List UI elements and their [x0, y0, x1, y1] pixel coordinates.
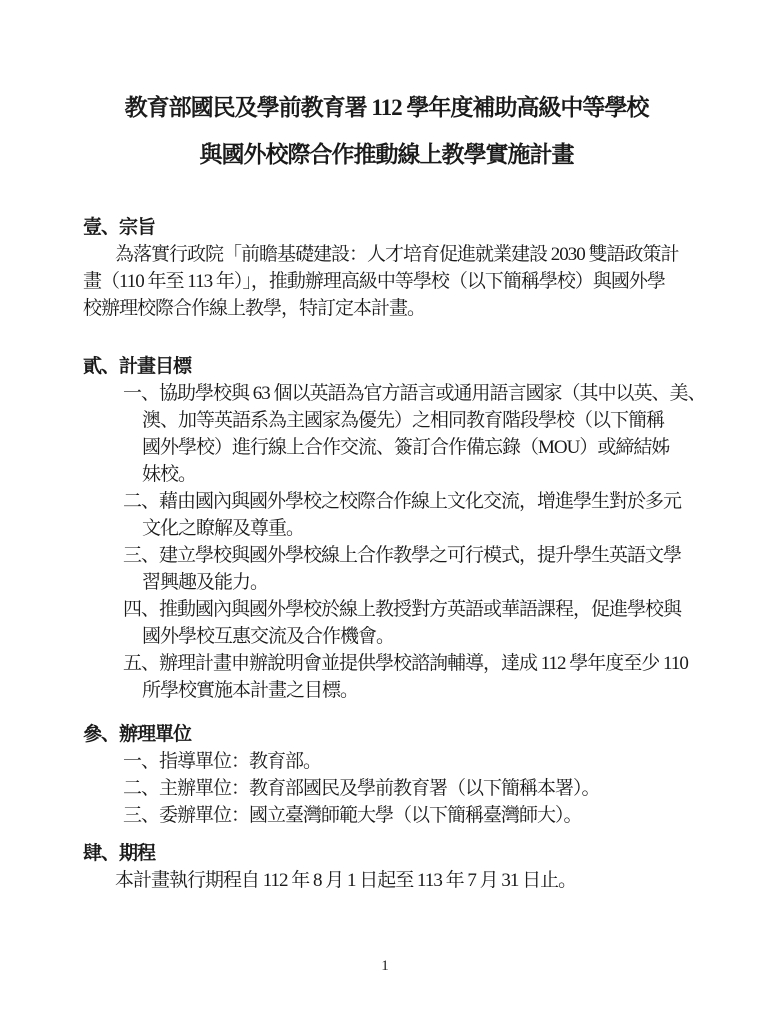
list-item-line: 一、指導單位：教育部。: [123, 748, 690, 775]
list-item-line: 澳、加等英語系為主國家為優先）之相同教育階段學校（以下簡稱: [142, 407, 690, 434]
paragraph-line: 本計畫執行期程自 112 年 8 月 1 日起至 113 年 7 月 31 日止…: [115, 867, 690, 894]
paragraph-line: 校辦理校際合作線上教學，特訂定本計畫。: [83, 295, 690, 322]
paragraph-line: 畫（110 年至 113 年）」，推動辦理高級中等學校（以下簡稱學校）與國外學: [83, 268, 690, 295]
unit-item-3: 三、委辦單位：國立臺灣師範大學（以下簡稱臺灣師大）。: [83, 802, 690, 829]
section-goals: 貳、計畫目標 一、協助學校與 63 個以英語為官方語言或通用語言國家（其中以英、…: [83, 353, 690, 704]
goal-item-1: 一、協助學校與 63 個以英語為官方語言或通用語言國家（其中以英、美、 澳、加等…: [83, 380, 690, 488]
list-item-line: 三、建立學校與國外學校線上合作教學之可行模式，提升學生英語文學: [123, 542, 690, 569]
section-organizing-units-heading: 參、辦理單位: [83, 721, 690, 748]
paragraph-line: 為落實行政院「前瞻基礎建設：人才培育促進就業建設 2030 雙語政策計: [115, 241, 690, 268]
goal-item-4: 四、推動國內與國外學校於線上教授對方英語或華語課程，促進學校與 國外學校互惠交流…: [83, 596, 690, 650]
list-item-line: 文化之瞭解及尊重。: [142, 515, 690, 542]
list-item-line: 一、協助學校與 63 個以英語為官方語言或通用語言國家（其中以英、美、: [123, 380, 690, 407]
section-timeline-paragraph: 本計畫執行期程自 112 年 8 月 1 日起至 113 年 7 月 31 日止…: [83, 867, 690, 894]
section-goals-heading: 貳、計畫目標: [83, 353, 690, 380]
section-purpose: 壹、宗旨 為落實行政院「前瞻基礎建設：人才培育促進就業建設 2030 雙語政策計…: [83, 214, 690, 322]
list-item-line: 妹校。: [142, 461, 690, 488]
goal-item-5: 五、辦理計畫申辦說明會並提供學校諮詢輔導，達成 112 學年度至少 110 所學…: [83, 650, 690, 704]
section-timeline-heading: 肆、期程: [83, 840, 690, 867]
unit-item-1: 一、指導單位：教育部。: [83, 748, 690, 775]
document-title: 教育部國民及學前教育署 112 學年度補助高級中等學校 與國外校際合作推動線上教…: [83, 84, 690, 178]
document-title-line-2: 與國外校際合作推動線上教學實施計畫: [83, 131, 690, 178]
page-number: 1: [0, 958, 770, 975]
list-item-line: 二、主辦單位：教育部國民及學前教育署（以下簡稱本署）。: [123, 775, 690, 802]
section-purpose-paragraph: 為落實行政院「前瞻基礎建設：人才培育促進就業建設 2030 雙語政策計 畫（11…: [83, 241, 690, 322]
list-item-line: 三、委辦單位：國立臺灣師範大學（以下簡稱臺灣師大）。: [123, 802, 690, 829]
document-title-line-1: 教育部國民及學前教育署 112 學年度補助高級中等學校: [83, 84, 690, 131]
list-item-line: 四、推動國內與國外學校於線上教授對方英語或華語課程，促進學校與: [123, 596, 690, 623]
list-item-line: 習興趣及能力。: [142, 569, 690, 596]
list-item-line: 五、辦理計畫申辦說明會並提供學校諮詢輔導，達成 112 學年度至少 110: [123, 650, 690, 677]
list-item-line: 所學校實施本計畫之目標。: [142, 677, 690, 704]
section-timeline: 肆、期程 本計畫執行期程自 112 年 8 月 1 日起至 113 年 7 月 …: [83, 840, 690, 894]
goal-item-3: 三、建立學校與國外學校線上合作教學之可行模式，提升學生英語文學 習興趣及能力。: [83, 542, 690, 596]
section-purpose-heading: 壹、宗旨: [83, 214, 690, 241]
goal-item-2: 二、藉由國內與國外學校之校際合作線上文化交流，增進學生對於多元 文化之瞭解及尊重…: [83, 488, 690, 542]
section-organizing-units: 參、辦理單位 一、指導單位：教育部。 二、主辦單位：教育部國民及學前教育署（以下…: [83, 721, 690, 829]
list-item-line: 二、藉由國內與國外學校之校際合作線上文化交流，增進學生對於多元: [123, 488, 690, 515]
unit-item-2: 二、主辦單位：教育部國民及學前教育署（以下簡稱本署）。: [83, 775, 690, 802]
document-page: 教育部國民及學前教育署 112 學年度補助高級中等學校 與國外校際合作推動線上教…: [0, 0, 770, 1024]
list-item-line: 國外學校互惠交流及合作機會。: [142, 623, 690, 650]
list-item-line: 國外學校）進行線上合作交流、簽訂合作備忘錄（MOU）或締結姊: [142, 434, 690, 461]
